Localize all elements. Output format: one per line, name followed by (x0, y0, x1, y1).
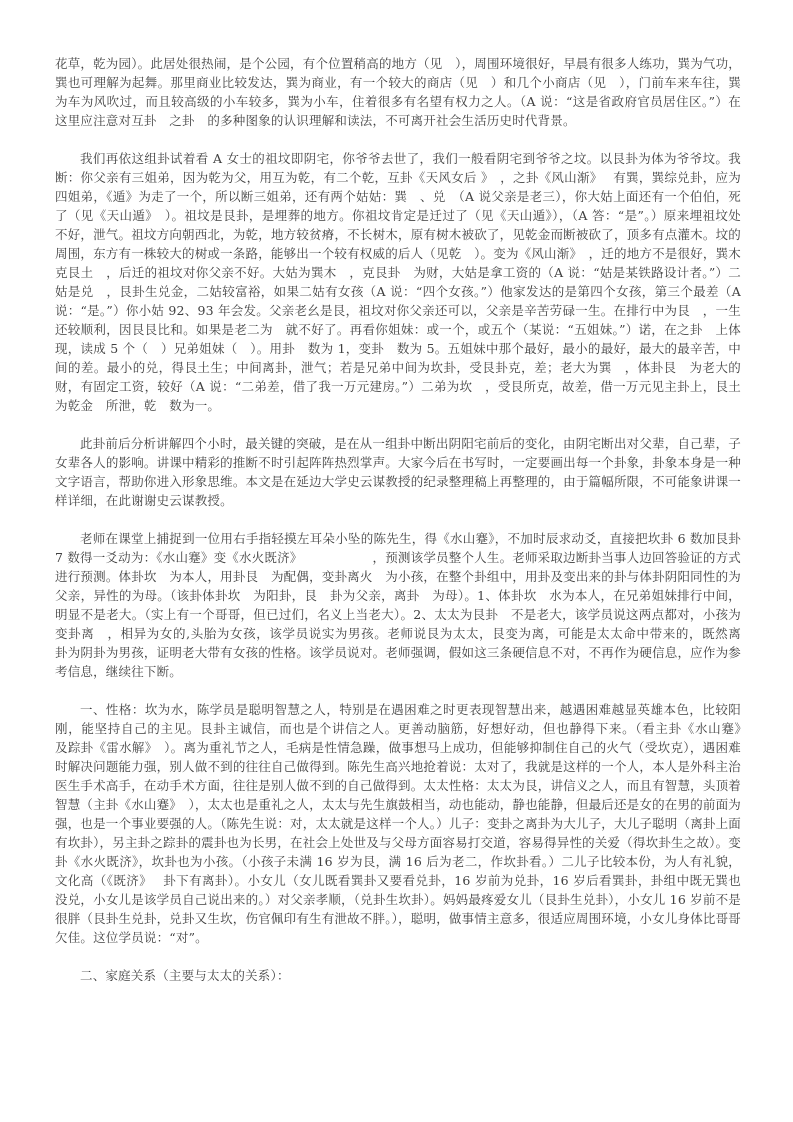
paragraph-ancestral-grave-analysis: 我们再依这组卦试着看 A 女士的祖坟即阴宅，你爷爷去世了，我们一般看阴宅到爷爷之… (55, 149, 741, 415)
paragraph-section-1-personality: 一、性格：坎为水，陈学员是聪明智慧之人，特别是在遇困难之时更表现智慧出来，越遇困… (55, 700, 741, 947)
paragraph-section-2-family-heading: 二、家庭关系（主要与太太的关系）： (55, 966, 741, 985)
paragraph-lecture-summary: 此卦前后分析讲解四个小时，最关键的突破，是在从一组卦中断出阴阳宅前后的变化，由阴… (55, 434, 741, 510)
document-body: 花草，乾为园）。此居处很热闹，是个公园，有个位置稍高的地方（见 ），周围环境很好… (55, 54, 741, 985)
paragraph-mr-chen-case: 老师在课堂上捕捉到一位用右手指轻摸左耳朵小坠的陈先生，得《水山蹇》，不加时辰求动… (55, 529, 741, 681)
document-page: 花草，乾为园）。此居处很热闹，是个公园，有个位置稍高的地方（见 ），周围环境很好… (0, 0, 793, 1122)
paragraph-continuation: 花草，乾为园）。此居处很热闹，是个公园，有个位置稍高的地方（见 ），周围环境很好… (55, 54, 741, 130)
